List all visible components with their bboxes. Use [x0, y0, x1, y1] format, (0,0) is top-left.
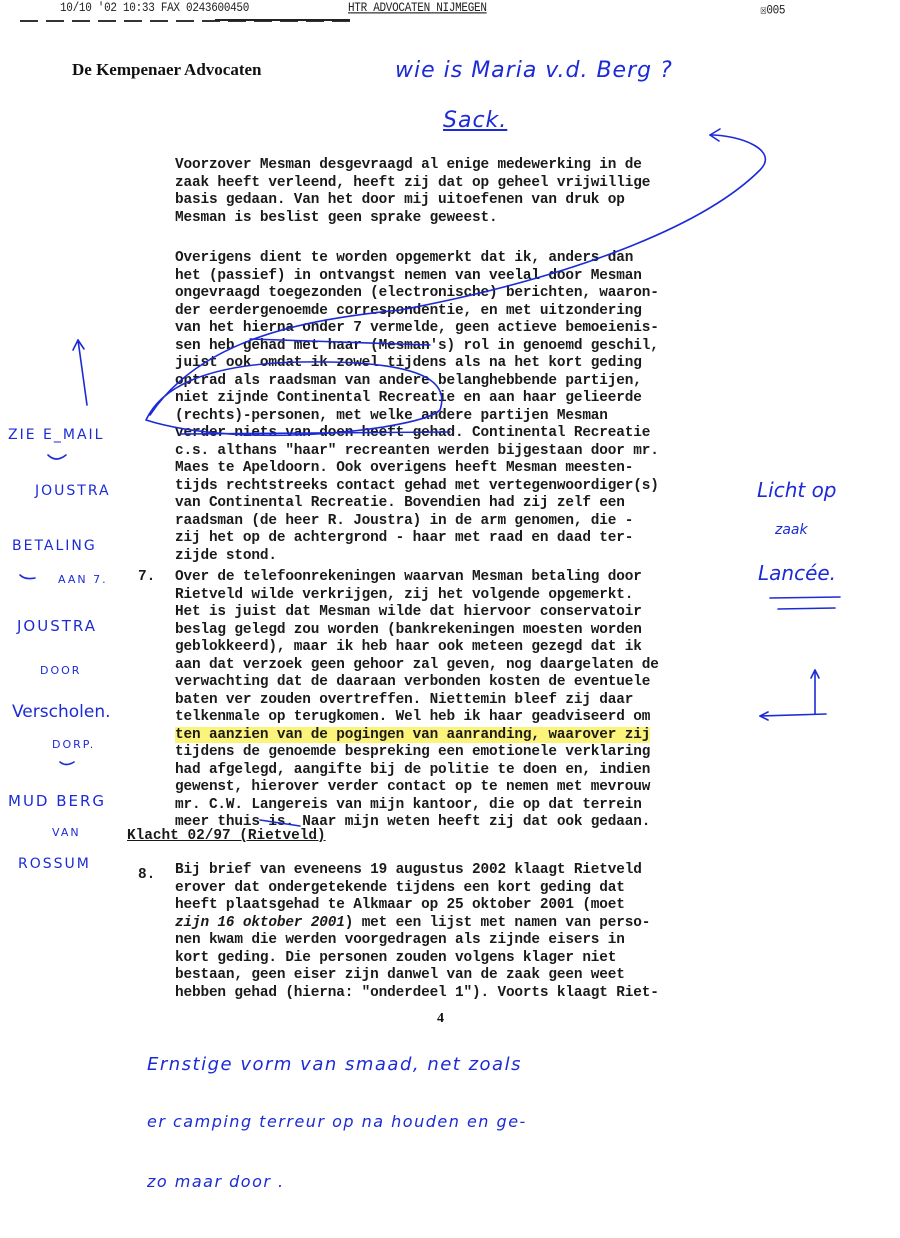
p8-rest: nen kwam die werden voorgedragen als zij… [175, 932, 659, 1001]
paragraph-2: Overigens dient te worden opgemerkt dat … [175, 250, 775, 565]
fax-rule-solid [215, 19, 350, 21]
bottom-note: zo maar door . [147, 1172, 285, 1191]
handwritten-sack: Sack. [443, 108, 507, 133]
paragraph-number-7: 7. [138, 569, 155, 585]
margin-note: DOOR [40, 664, 81, 677]
margin-note: ZIE E_MAIL [8, 427, 104, 443]
paragraph-7-text: Over de telefoonrekeningen waarvan Mesma… [175, 569, 659, 725]
p8-line: heeft plaatsgehad te Alkmaar op 25 oktob… [175, 897, 625, 913]
bottom-note: Ernstige vorm van smaad, net zoals [147, 1054, 522, 1075]
section-heading: Klacht 02/97 (Rietveld) [127, 828, 326, 844]
paragraph-7: Over de telefoonrekeningen waarvan Mesma… [175, 569, 775, 832]
arrowhead-top [710, 129, 720, 141]
margin-note: Verscholen. [12, 702, 111, 722]
arrowhead [811, 670, 819, 678]
paragraph-7-text-cont: tijdens de genoemde bespreking een emoti… [175, 744, 650, 830]
fax-sender: HTR ADVOCATEN NIJMEGEN [348, 2, 487, 16]
paragraph-8: Bij brief van eveneens 19 augustus 2002 … [175, 862, 775, 1002]
bottom-note: er camping terreur op na houden en ge- [147, 1112, 527, 1131]
arrowhead [73, 340, 84, 350]
paragraph-1: Voorzover Mesman desgevraagd al enige me… [175, 157, 775, 227]
margin-note: JOUSTRA [35, 483, 111, 499]
margin-note-right: Lancée. [758, 561, 836, 585]
paragraph-number-8: 8. [138, 867, 155, 883]
underline-right [770, 597, 840, 598]
page-number: 4 [437, 1011, 444, 1027]
margin-note: JOUSTRA [17, 617, 97, 635]
p8-line: erover dat ondergetekende tijdens een ko… [175, 880, 625, 896]
up-arrow-left [78, 340, 87, 405]
margin-note-right: zaak [775, 522, 808, 538]
handwritten-question: wie is Maria v.d. Berg ? [395, 58, 673, 83]
fax-page-indicator: ☒005 [760, 2, 785, 18]
highlighted-text: ten aanzien van de pogingen van aanrandi… [175, 727, 650, 743]
fax-header: 10/10 '02 10:33 FAX 0243600450 HTR ADVOC… [60, 2, 880, 18]
margin-note: MUD BERG [8, 792, 106, 810]
p8-italic: zijn 16 oktober 2001 [175, 915, 345, 931]
letterhead: De Kempenaer Advocaten [72, 60, 262, 80]
margin-note-right: Licht op [757, 478, 837, 502]
p8-line: Bij brief van eveneens 19 augustus 2002 … [175, 862, 642, 878]
fax-timestamp: 10/10 '02 10:33 FAX 0243600450 [60, 2, 249, 16]
margin-note: BETALING [12, 538, 97, 554]
margin-note: AAN 7. [58, 573, 108, 586]
p8-line: ) met een lijst met namen van perso- [345, 915, 651, 931]
margin-note: ROSSUM [18, 856, 91, 872]
underline-right [778, 608, 835, 609]
margin-note: VAN [52, 826, 81, 839]
margin-note: DORP. [52, 738, 95, 751]
